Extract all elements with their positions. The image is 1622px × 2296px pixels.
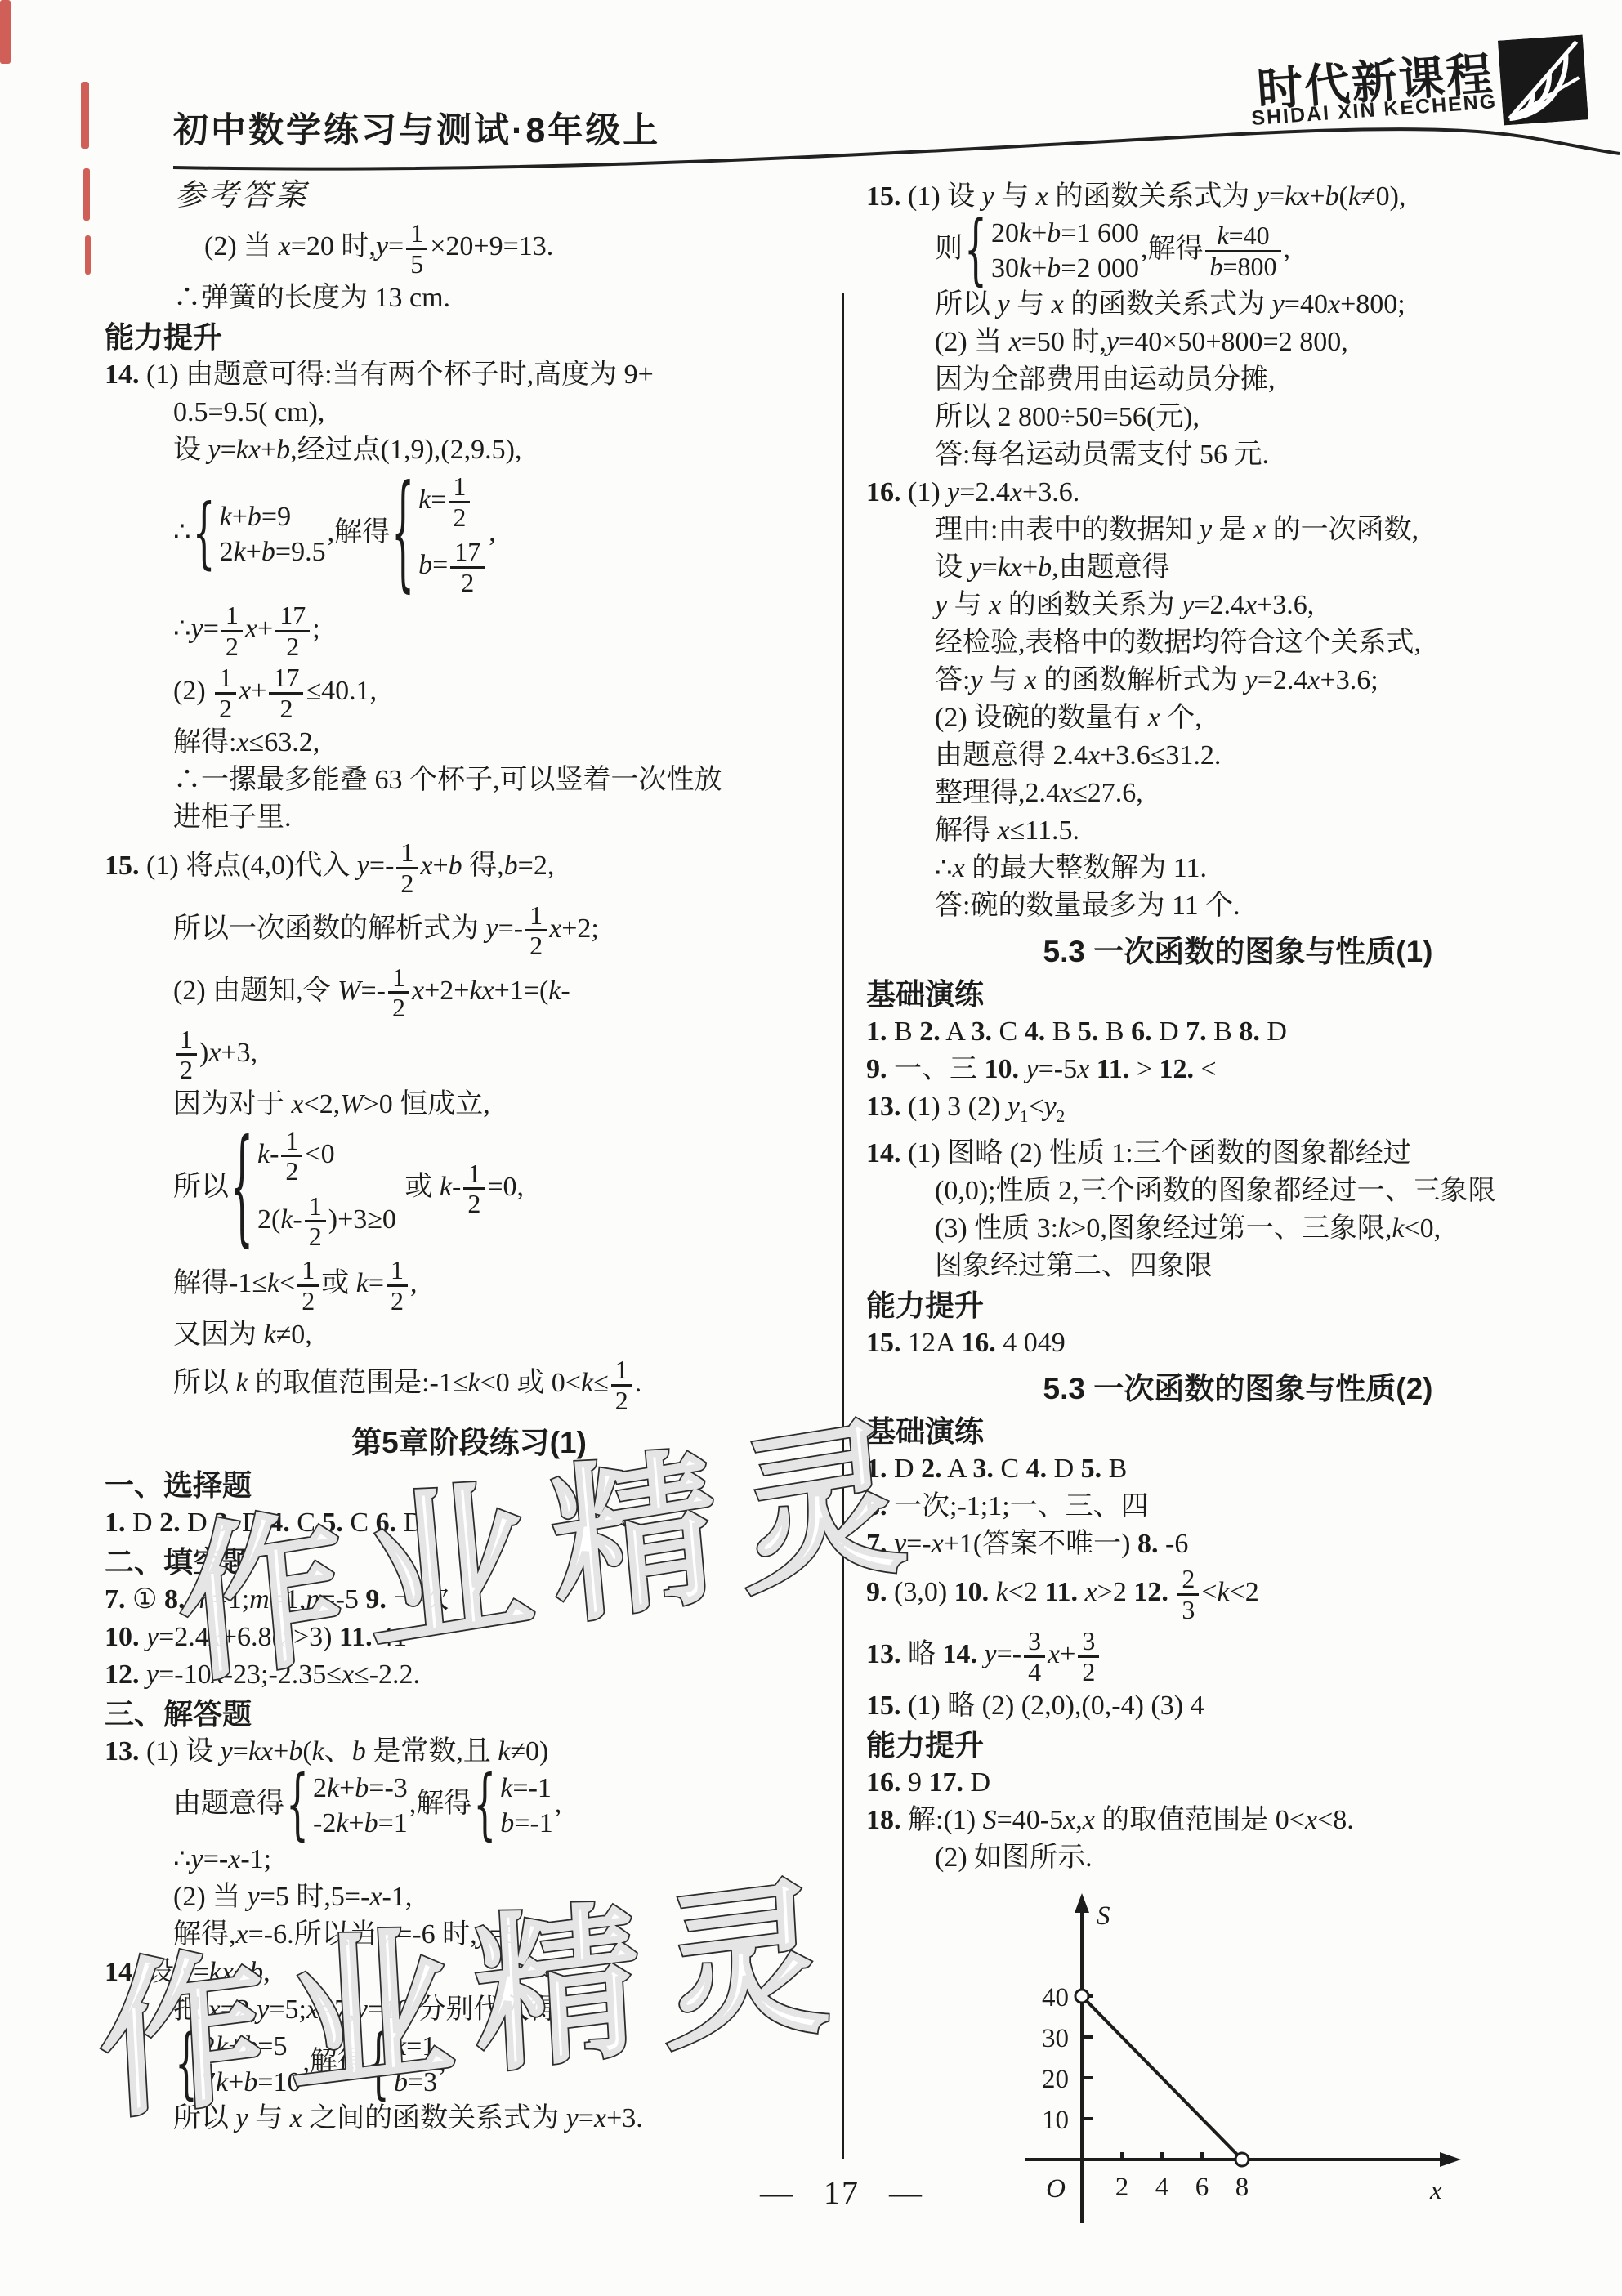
left-column: (2) 当 x=20 时,y=15×20+9=13.∴弹簧的长度为 13 cm.… bbox=[105, 217, 833, 2137]
brace: { bbox=[230, 1123, 253, 1254]
answer-line: 7. y=-x+1(答案不唯一) 8. -6 bbox=[866, 1525, 1610, 1563]
fraction: 12 bbox=[611, 1356, 632, 1414]
answer-line: (2) 由题知,令 W=-12x+2+kx+1=(k- bbox=[105, 962, 833, 1024]
answer-line: 9. (3,0) 10. k<2 11. x>2 12. 23<k<2 bbox=[866, 1563, 1610, 1625]
fraction: 12 bbox=[525, 901, 547, 960]
svg-text:20: 20 bbox=[1042, 2065, 1069, 2094]
equation-system: {k-12<02(k-12)+3≥0 bbox=[230, 1125, 396, 1253]
brace: { bbox=[964, 211, 987, 292]
answer-line: 15. (1) 将点(4,0)代入 y=-12x+b 得,b=2, bbox=[105, 837, 833, 899]
scan-artifact-red bbox=[83, 168, 90, 221]
fraction: 12 bbox=[176, 1025, 197, 1084]
answer-line: 设 y=kx+b,经过点(1,9),(2,9.5), bbox=[105, 431, 833, 469]
answer-line: 所以一次函数的解析式为 y=-12x+2; bbox=[105, 900, 833, 962]
fraction: 12 bbox=[396, 838, 418, 897]
equation-system: {k=1b=3 bbox=[367, 2030, 437, 2097]
answer-line: 5.3 一次函数的图象与性质(2) bbox=[866, 1362, 1610, 1411]
answer-line: 所以 y 与 x 之间的函数关系式为 y=x+3. bbox=[105, 2100, 833, 2137]
fraction: k=40b=800 bbox=[1205, 221, 1280, 280]
brace: { bbox=[286, 1766, 309, 1847]
answer-line: 三、解答题 bbox=[105, 1694, 833, 1733]
answer-line: 第5章阶段练习(1) bbox=[105, 1416, 833, 1465]
answer-line: 0.5=9.5( cm), bbox=[105, 394, 833, 431]
answer-line: 把 x=2,y=5;x=7,y=10 分别代入得 bbox=[105, 1991, 833, 2029]
answer-line: 14. (1) 图略 (2) 性质 1:三个函数的图象都经过 bbox=[866, 1135, 1610, 1173]
logo-mark-icon bbox=[1498, 35, 1588, 126]
answer-line: 15. 12A 16. 4 049 bbox=[866, 1324, 1610, 1362]
brace: { bbox=[391, 469, 414, 601]
publisher-logo: 时代新课程 SHIDAI XIN KECHENG bbox=[1195, 29, 1611, 180]
brace: { bbox=[175, 2024, 198, 2105]
answer-line: 图象经过第二、四象限 bbox=[866, 1248, 1610, 1285]
equation-system: {2k+b=57k+b=10 bbox=[175, 2030, 301, 2097]
svg-text:30: 30 bbox=[1042, 2024, 1069, 2053]
answer-line: 1. D 2. A 3. C 4. D 5. B bbox=[866, 1450, 1610, 1488]
fraction: 12 bbox=[387, 1256, 408, 1315]
answer-line: 解得-1≤k<12或 k=12, bbox=[105, 1254, 833, 1316]
equation-system: {k=12b=172 bbox=[391, 471, 487, 598]
answer-line: 则{20k+b=1 60030k+b=2 000,解得k=40b=800, bbox=[866, 216, 1610, 286]
footer-dash: — bbox=[760, 2174, 794, 2211]
answer-line: 答:碗的数量最多为 11 个. bbox=[866, 887, 1610, 925]
answer-line: 10. y=2.4x+6.8(x>3) 11. 41 bbox=[105, 1619, 833, 1656]
answer-line: 5.3 一次函数的图象与性质(1) bbox=[866, 925, 1610, 974]
answer-line: 能力提升 bbox=[105, 317, 833, 356]
answer-line: 1. D 2. D 3. D 4. C 5. C 6. D bbox=[105, 1504, 833, 1542]
answer-line: 整理得,2.4x≤27.6, bbox=[866, 775, 1610, 812]
answer-line: 理由:由表中的数据知 y 是 x 的一次函数, bbox=[866, 511, 1610, 549]
answer-line: (2) 当 x=50 时,y=40×50+800=2 800, bbox=[866, 324, 1610, 361]
answer-line: ∴y=-x-1; bbox=[105, 1841, 833, 1878]
answer-line: ∴一摞最多能叠 63 个杯子,可以竖着一次性放 bbox=[105, 762, 833, 799]
answer-line: 二、填空题 bbox=[105, 1542, 833, 1581]
answer-line: (0,0);性质 2,三个函数的图象都经过一、三象限 bbox=[866, 1173, 1610, 1210]
fraction: 12 bbox=[449, 472, 470, 531]
scanned-answer-page: 初中数学练习与测试·8年级上 参考答案 时代新课程 SHIDAI XIN KEC… bbox=[0, 0, 1622, 2296]
answer-line: y 与 x 的函数关系为 y=2.4x+3.6, bbox=[866, 587, 1610, 624]
answer-line: 所以{k-12<02(k-12)+3≥0 或 k-12=0, bbox=[105, 1123, 833, 1254]
page-subtitle: 参考答案 bbox=[175, 170, 309, 214]
answer-line: (2) 如图所示. bbox=[866, 1839, 1610, 1877]
answer-line: 14. (1) 由题意可得:当有两个杯子时,高度为 9+ bbox=[105, 356, 833, 394]
equation-system: {20k+b=1 60030k+b=2 000 bbox=[964, 217, 1139, 284]
answer-line: 12. y=-10x-23;-2.35≤x≤-2.2. bbox=[105, 1656, 833, 1694]
answer-line: 由题意得{2k+b=-3-2k+b=1,解得{k=-1b=-1, bbox=[105, 1771, 833, 1841]
answer-line: (3) 性质 3:k>0,图象经过第一、三象限,k<0, bbox=[866, 1210, 1610, 1248]
answer-line: 6. 一次;-1;1;一、三、四 bbox=[866, 1488, 1610, 1525]
svg-text:40: 40 bbox=[1042, 1983, 1069, 2012]
answer-line: 12)x+3, bbox=[105, 1024, 833, 1086]
answer-line: 13. (1) 设 y=kx+b(k、b 是常数,且 k≠0) bbox=[105, 1733, 833, 1771]
fraction: 32 bbox=[1078, 1627, 1099, 1686]
fraction: 172 bbox=[275, 601, 310, 660]
answer-line: 答:y 与 x 的函数解析式为 y=2.4x+3.6; bbox=[866, 662, 1610, 699]
answer-line: 一、选择题 bbox=[105, 1465, 833, 1504]
page-footer: —17— bbox=[61, 2173, 1622, 2212]
equation-system: {k=-1b=-1 bbox=[473, 1772, 553, 1839]
fraction: 12 bbox=[281, 1127, 302, 1186]
answer-line: 7. ① 8. m=1;m=1,n=-5 9. 一次 bbox=[105, 1581, 833, 1619]
column-divider bbox=[842, 293, 844, 2159]
fraction: 15 bbox=[406, 219, 427, 278]
fraction: 12 bbox=[221, 601, 243, 660]
scan-artifact-red bbox=[85, 235, 91, 275]
fraction: 12 bbox=[297, 1256, 319, 1315]
answer-line: 18. 解:(1) S=40-5x,x 的取值范围是 0<x<8. bbox=[866, 1802, 1610, 1839]
right-column: 15. (1) 设 y 与 x 的函数关系式为 y=kx+b(k≠0),则{20… bbox=[866, 178, 1610, 2241]
fraction: 34 bbox=[1024, 1627, 1045, 1686]
answer-line: 设 y=kx+b,由题意得 bbox=[866, 549, 1610, 587]
answer-line: 基础演练 bbox=[866, 974, 1610, 1013]
fraction: 172 bbox=[450, 538, 485, 596]
answer-line: 经检验,表格中的数据均符合这个关系式, bbox=[866, 624, 1610, 662]
answer-line: 所以 2 800÷50=56(元), bbox=[866, 399, 1610, 436]
answer-line: 13. 略 14. y=-34x+32 bbox=[866, 1625, 1610, 1687]
svg-text:10: 10 bbox=[1042, 2106, 1069, 2135]
answer-line: ∴y=12x+172; bbox=[105, 600, 833, 662]
answer-line: (2) 当 y=5 时,5=-x-1, bbox=[105, 1878, 833, 1916]
svg-text:S: S bbox=[1097, 1901, 1110, 1931]
answer-line: (2) 当 x=20 时,y=15×20+9=13. bbox=[105, 217, 833, 279]
answer-line: ∴x 的最大整数解为 11. bbox=[866, 850, 1610, 887]
answer-line: 基础演练 bbox=[866, 1411, 1610, 1450]
equation-system: {k+b=92k+b=9.5 bbox=[193, 501, 326, 568]
answer-line: 9. 一、三 10. y=-5x 11. > 12. < bbox=[866, 1051, 1610, 1088]
answer-line: 因为对于 x<2,W>0 恒成立, bbox=[105, 1086, 833, 1123]
answer-line: 16. (1) y=2.4x+3.6. bbox=[866, 474, 1610, 511]
answer-line: 能力提升 bbox=[866, 1285, 1610, 1324]
fraction: 12 bbox=[215, 663, 236, 722]
right-column-lines: 15. (1) 设 y 与 x 的函数关系式为 y=kx+b(k≠0),则{20… bbox=[866, 178, 1610, 1877]
answer-line: ∴{k+b=92k+b=9.5,解得{k=12b=172, bbox=[105, 469, 833, 600]
answer-line: 解得 x≤11.5. bbox=[866, 812, 1610, 850]
book-title: 初中数学练习与测试·8年级上 bbox=[173, 103, 660, 153]
answer-line: 又因为 k≠0, bbox=[105, 1316, 833, 1354]
answer-line: 13. (1) 3 (2) y1<y2 bbox=[866, 1088, 1610, 1135]
fraction: 12 bbox=[305, 1192, 326, 1251]
answer-line: 解得,x=-6.所以当 x=-6 时,y=5. bbox=[105, 1916, 833, 1954]
equation-system: {2k+b=-3-2k+b=1 bbox=[286, 1772, 408, 1839]
answer-line: 因为全部费用由运动员分摊, bbox=[866, 361, 1610, 399]
fraction: 12 bbox=[463, 1159, 485, 1218]
brace: { bbox=[473, 1766, 496, 1847]
answer-line: {2k+b=57k+b=10,解得{k=1b=3, bbox=[105, 2029, 833, 2099]
answer-line: 14. 设 y=kx+b, bbox=[105, 1954, 833, 1991]
brace: { bbox=[367, 2024, 390, 2105]
scan-artifact-red bbox=[0, 0, 11, 64]
footer-dash: — bbox=[889, 2174, 923, 2211]
answer-line: (2) 设碗的数量有 x 个, bbox=[866, 699, 1610, 737]
fraction: 12 bbox=[388, 963, 409, 1022]
answer-line: 答:每名运动员需支付 56 元. bbox=[866, 436, 1610, 474]
scan-artifact-red bbox=[81, 82, 89, 149]
fraction: 23 bbox=[1177, 1565, 1199, 1624]
answer-line: 16. 9 17. D bbox=[866, 1764, 1610, 1802]
answer-line: (2) 12x+172≤40.1, bbox=[105, 662, 833, 724]
answer-line: 15. (1) 略 (2) (2,0),(0,-4) (3) 4 bbox=[866, 1687, 1610, 1725]
answer-line: 解得:x≤63.2, bbox=[105, 724, 833, 762]
answer-line: ∴弹簧的长度为 13 cm. bbox=[105, 279, 833, 317]
answer-line: 所以 k 的取值范围是:-1≤k<0 或 0<k≤12. bbox=[105, 1354, 833, 1416]
fraction: 172 bbox=[269, 663, 303, 722]
page-number: 17 bbox=[824, 2174, 860, 2211]
answer-line: 由题意得 2.4x+3.6≤31.2. bbox=[866, 737, 1610, 775]
answer-line: 能力提升 bbox=[866, 1725, 1610, 1764]
answer-line: 1. B 2. A 3. C 4. B 5. B 6. D 7. B 8. D bbox=[866, 1013, 1610, 1051]
answer-line: 进柜子里. bbox=[105, 799, 833, 837]
brace: { bbox=[193, 494, 216, 575]
